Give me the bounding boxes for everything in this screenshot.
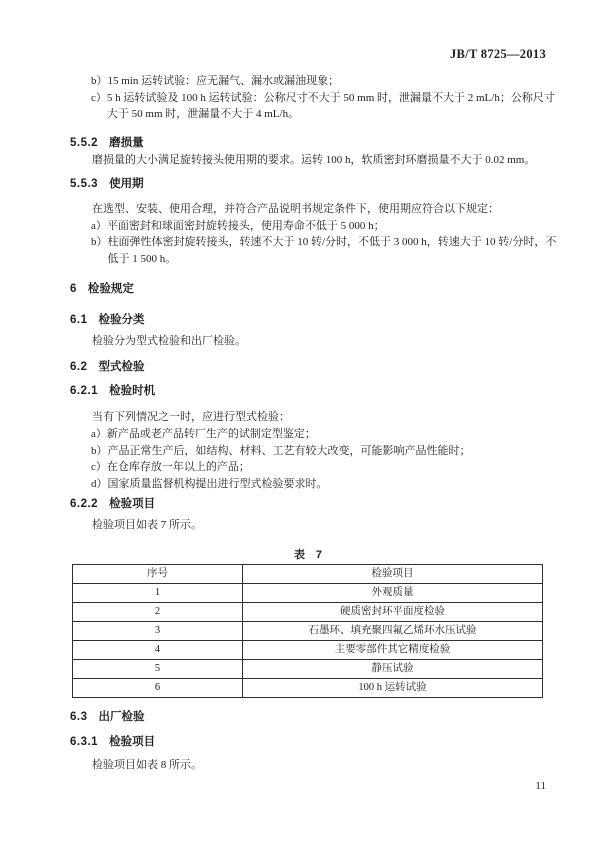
paragraph-wear-amount: 磨损量的大小满足旋转接头使用期的要求。运转 100 h，软质密封环磨损量不大于 …	[70, 152, 546, 169]
list-item-text: 产品正常生产后，如结构、材料、工艺有较大改变，可能影响产品性能时；	[108, 445, 471, 457]
clause-number: 6.1	[70, 314, 88, 326]
document-page: JB/T 8725—2013 b） 15 min 运转试验：应无漏气、漏水或漏油…	[0, 0, 615, 841]
list-marker: a）	[91, 218, 107, 235]
list-item-text: 5 h 运转试验及 100 h 运转试验：公称尺寸不大于 50 mm 时，泄漏量…	[107, 90, 546, 107]
table-cell: 石墨环、填充聚四氟乙烯环水压试验	[243, 622, 543, 641]
list-item-c: c） 在仓库存放一年以上的产品；	[70, 459, 546, 476]
table-row: 1 外观质量	[73, 584, 543, 603]
clause-title: 检验项目	[109, 498, 155, 510]
table-cell: 硬质密封环平面度检验	[243, 603, 543, 622]
table-caption: 表 7	[70, 547, 546, 564]
clause-heading-6-2-1: 6.2.1检验时机	[70, 383, 546, 400]
clause-number: 5.5.3	[70, 178, 98, 190]
list-item-text: 大于 50 mm 时，泄漏量不大于 4 mL/h。	[107, 106, 546, 123]
table-row: 5 静压试验	[73, 660, 543, 679]
clause-heading-6-3-1: 6.3.1检验项目	[70, 734, 546, 751]
table-header-cell: 检验项目	[243, 565, 543, 584]
list-item-text: 低于 1 500 h。	[108, 251, 547, 268]
list-item-a: a） 新产品或老产品转厂生产的试制定型鉴定；	[70, 426, 546, 443]
table-cell: 100 h 运转试验	[243, 679, 543, 698]
clause-number: 6.2.1	[70, 385, 98, 397]
table-header-cell: 序号	[73, 565, 243, 584]
table-cell: 主要零部件其它精度检验	[243, 641, 543, 660]
clause-heading-6-3: 6.3出厂检验	[70, 709, 546, 726]
list-marker: b）	[91, 234, 108, 267]
list-marker: c）	[91, 459, 107, 476]
paragraph-inspection-classes: 检验分为型式检验和出厂检验。	[70, 333, 546, 350]
doc-code: JB/T 8725—2013	[70, 46, 546, 62]
list-marker: b）	[91, 73, 108, 90]
list-item-d: d） 国家质量监督机构提出进行型式检验要求时。	[70, 476, 546, 493]
clause-heading-6: 6检验规定	[70, 281, 546, 298]
table-cell: 4	[73, 641, 243, 660]
table-cell: 3	[73, 622, 243, 641]
list-marker: c）	[91, 90, 107, 123]
table-row: 2 硬质密封环平面度检验	[73, 603, 543, 622]
clause-heading-5-5-2: 5.5.2磨损量	[70, 135, 546, 152]
clause-number: 6.3.1	[70, 736, 98, 748]
paragraph-table8-ref: 检验项目如表 8 所示。	[70, 757, 546, 774]
table-7: 序号 检验项目 1 外观质量 2 硬质密封环平面度检验 3 石墨环、填充聚四氟乙…	[72, 564, 543, 698]
table-cell: 2	[73, 603, 243, 622]
list-item-text: 国家质量监督机构提出进行型式检验要求时。	[108, 478, 328, 490]
list-item-c: c） 5 h 运转试验及 100 h 运转试验：公称尺寸不大于 50 mm 时，…	[70, 90, 546, 123]
page-content: JB/T 8725—2013 b） 15 min 运转试验：应无漏气、漏水或漏油…	[70, 0, 546, 795]
clause-heading-6-1: 6.1检验分类	[70, 312, 546, 329]
clause-title: 磨损量	[109, 137, 144, 149]
table-row: 3 石墨环、填充聚四氟乙烯环水压试验	[73, 622, 543, 641]
clause-number: 6	[70, 283, 77, 295]
table-row: 6 100 h 运转试验	[73, 679, 543, 698]
clause-heading-6-2: 6.2型式检验	[70, 359, 546, 376]
clause-heading-6-2-2: 6.2.2检验项目	[70, 496, 546, 513]
list-item-b: b） 15 min 运转试验：应无漏气、漏水或漏油现象；	[70, 73, 546, 90]
list-item-text: 平面密封和球面密封旋转接头，使用寿命不低于 5 000 h；	[107, 220, 385, 232]
list-service-life: a） 平面密封和球面密封旋转接头，使用寿命不低于 5 000 h； b） 柱面弹…	[70, 218, 546, 268]
table-cell: 外观质量	[243, 584, 543, 603]
clause-heading-5-5-3: 5.5.3使用期	[70, 176, 546, 193]
clause-number: 6.3	[70, 711, 88, 723]
table-cell: 静压试验	[243, 660, 543, 679]
list-marker: a）	[91, 426, 107, 443]
clause-title: 出厂检验	[99, 711, 145, 723]
table-header-row: 序号 检验项目	[73, 565, 543, 584]
paragraph-table7-ref: 检验项目如表 7 所示。	[70, 517, 546, 534]
clause-title: 使用期	[109, 178, 144, 190]
list-marker: d）	[91, 476, 108, 493]
list-item-text: 15 min 运转试验：应无漏气、漏水或漏油现象；	[108, 75, 340, 87]
table-cell: 6	[73, 679, 243, 698]
page-number: 11	[70, 778, 546, 795]
list-item-a: a） 平面密封和球面密封旋转接头，使用寿命不低于 5 000 h；	[70, 218, 546, 235]
paragraph-service-life-intro: 在选型、安装、使用合理，并符合产品说明书规定条件下，使用期应符合以下规定：	[70, 201, 546, 218]
clause-title: 检验规定	[88, 283, 134, 295]
clause-title: 型式检验	[99, 361, 145, 373]
clause-number: 6.2	[70, 361, 88, 373]
list-type-test-conditions: a） 新产品或老产品转厂生产的试制定型鉴定； b） 产品正常生产后，如结构、材料…	[70, 426, 546, 492]
list-run-test: b） 15 min 运转试验：应无漏气、漏水或漏油现象； c） 5 h 运转试验…	[70, 73, 546, 123]
list-item-text: 新产品或老产品转厂生产的试制定型鉴定；	[107, 428, 316, 440]
list-item-b: b） 柱面弹性体密封旋转接头，转速不大于 10 转/分时，不低于 3 000 h…	[70, 234, 546, 267]
list-marker: b）	[91, 443, 108, 460]
table-cell: 1	[73, 584, 243, 603]
list-item-b: b） 产品正常生产后，如结构、材料、工艺有较大改变，可能影响产品性能时；	[70, 443, 546, 460]
clause-number: 5.5.2	[70, 137, 98, 149]
list-item-text: 柱面弹性体密封旋转接头，转速不大于 10 转/分时，不低于 3 000 h，转速…	[108, 234, 547, 251]
table-cell: 5	[73, 660, 243, 679]
clause-title: 检验分类	[99, 314, 145, 326]
table-row: 4 主要零部件其它精度检验	[73, 641, 543, 660]
list-item-text: 在仓库存放一年以上的产品；	[107, 461, 250, 473]
clause-title: 检验时机	[109, 385, 155, 397]
clause-number: 6.2.2	[70, 498, 98, 510]
clause-title: 检验项目	[109, 736, 155, 748]
paragraph-type-test-intro: 当有下列情况之一时，应进行型式检验：	[70, 409, 546, 426]
